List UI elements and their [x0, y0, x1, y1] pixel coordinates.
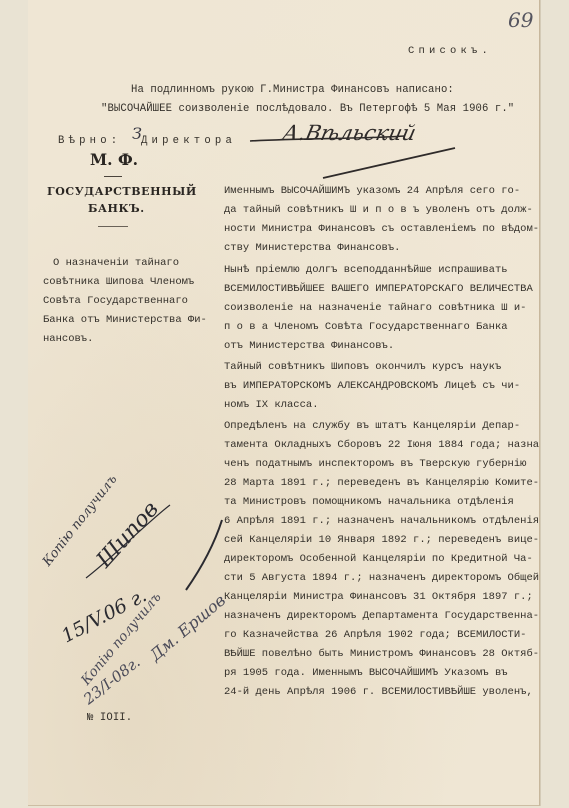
body-line: ВСЕМИЛОСТИВѢЙШЕЕ ВАШЕГО ИМПЕРАТОРСКАГО В… — [224, 283, 533, 295]
body-line: та Министровъ помощникомъ начальника отд… — [224, 496, 514, 508]
body-line: 6 Апрѣля 1891 г.; назначенъ начальникомъ… — [224, 515, 539, 527]
body-line: да тайный совѣтникъ Ш и п о в ъ уволенъ … — [224, 204, 533, 216]
body-line: номъ IX класса. — [224, 399, 319, 411]
body-line: тамента Окладныхъ Сборовъ 22 Іюня 1884 г… — [224, 439, 539, 451]
body-line: го Казначейства 26 Апрѣля 1902 года; ВСЕ… — [224, 629, 526, 641]
body-line: назначенъ директоромъ Департамента Госуд… — [224, 610, 539, 622]
body-line: ству Министерства Финансовъ. — [224, 242, 400, 254]
body-line: Канцеляріи Министра Финансовъ 31 Октября… — [224, 591, 533, 603]
body-line: ности Министра Финансовъ съ оставленіемъ… — [224, 223, 539, 235]
body-line: Именнымъ ВЫСОЧАЙШИМЪ указомъ 24 Апрѣля с… — [224, 185, 520, 197]
body-line: Нынѣ пріемлю долгъ всеподданнѣйше испраш… — [224, 264, 508, 276]
body-line: 24-й день Апрѣля 1906 г. ВСЕМИЛОСТИВѢЙШЕ… — [224, 686, 533, 698]
body-line: отъ Министерства Финансовъ. — [224, 340, 394, 352]
body-line: ря 1905 года. Именнымъ ВЫСОЧАЙШИМЪ Указо… — [224, 667, 508, 679]
body-line: директоромъ Особенной Канцеляріи по Кред… — [224, 553, 533, 565]
body-line: Опредѣленъ на службу въ штатъ Канцеляріи… — [224, 420, 520, 432]
body-line: соизволеніе на назначеніе тайнаго совѣтн… — [224, 302, 526, 314]
body-line: сей Канцеляріи 10 Января 1892 г.; переве… — [224, 534, 539, 546]
body-line: п о в а Членомъ Совѣта Государственнаго … — [224, 321, 508, 333]
document-number: № IOII. — [87, 712, 132, 724]
body-line: Тайный совѣтникъ Шиповъ окончилъ курсъ н… — [224, 361, 501, 373]
body-line: сти 5 Августа 1894 г.; назначенъ директо… — [224, 572, 539, 584]
body-line: ченъ податнымъ инспекторомъ въ Тверскую … — [224, 458, 526, 470]
body-line: въ ИМПЕРАТОРСКОМЪ АЛЕКСАНДРОВСКОМЪ Лицеѣ… — [224, 380, 520, 392]
body-line: ВѢЙШЕ повелѣно быть Министромъ Финансовъ… — [224, 648, 539, 660]
body-line: 28 Марта 1891 г.; переведенъ въ Канцеляр… — [224, 477, 539, 489]
